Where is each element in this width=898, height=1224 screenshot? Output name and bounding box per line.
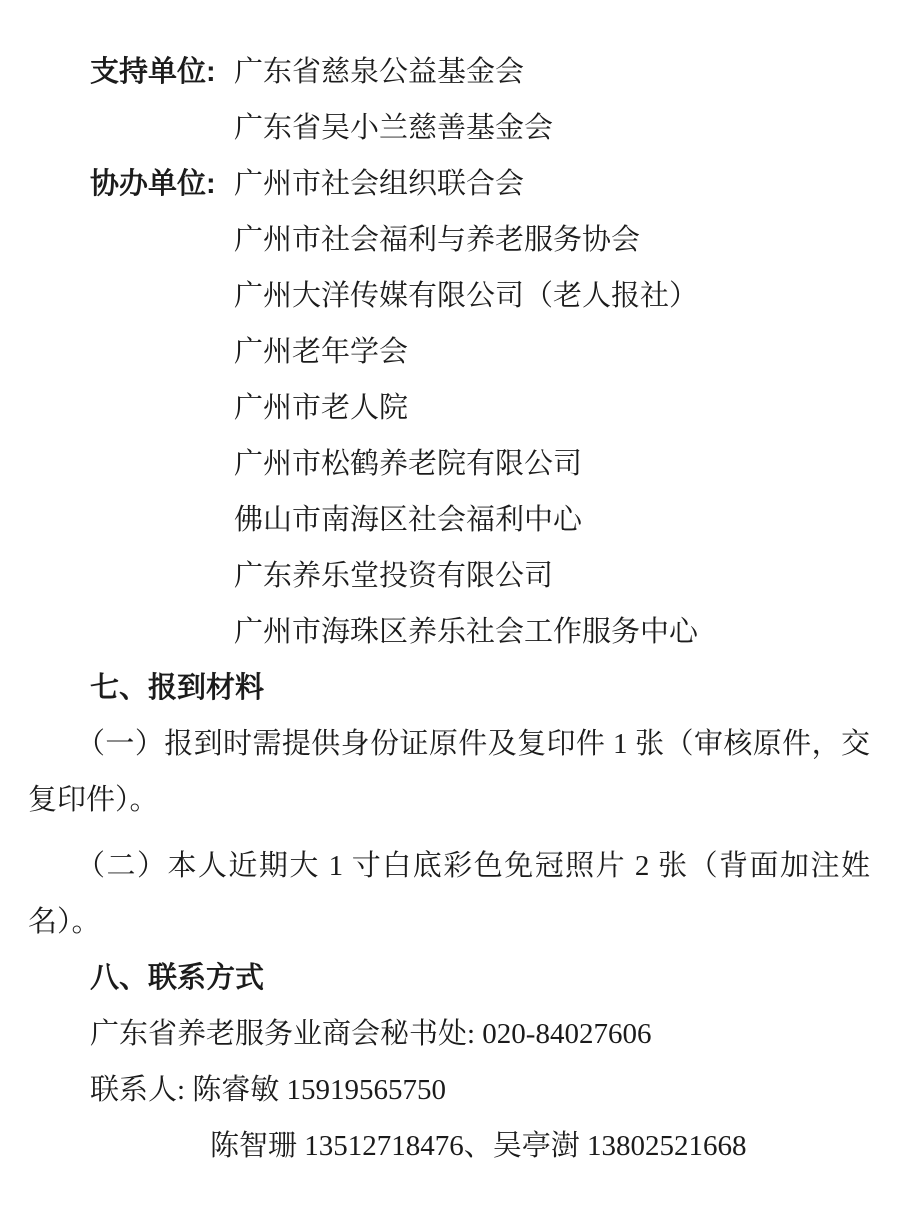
supporting-units-block: 支持单位: 广东省慈泉公益基金会 广东省吴小兰慈善基金会 — [28, 44, 870, 156]
co-organizing-unit-item: 广州市老人院 — [234, 380, 870, 436]
co-organizing-unit-item: 广州大洋传媒有限公司（老人报社） — [234, 268, 870, 324]
co-organizing-unit-item: 广州市社会福利与养老服务协会 — [234, 212, 870, 268]
secretariat-phone-line: 广东省养老服务业商会秘书处: 020-84027606 — [28, 1006, 870, 1062]
co-organizing-unit-item: 广州市松鹤养老院有限公司 — [234, 436, 870, 492]
supporting-unit-item: 广东省慈泉公益基金会 — [234, 44, 870, 100]
materials-paragraph-1: （一）报到时需提供身份证原件及复印件 1 张（审核原件，交复印件）。 — [28, 716, 870, 828]
co-organizing-unit-item: 佛山市南海区社会福利中心 — [234, 492, 870, 548]
co-organizing-unit-item: 广州老年学会 — [234, 324, 870, 380]
document-page: 支持单位: 广东省慈泉公益基金会 广东省吴小兰慈善基金会 协办单位: 广州市社会… — [0, 0, 898, 1224]
contact-person-line-1: 联系人: 陈睿敏 15919565750 — [28, 1062, 870, 1118]
materials-paragraph-2: （二）本人近期大 1 寸白底彩色免冠照片 2 张（背面加注姓名）。 — [28, 838, 870, 950]
co-organizing-units-label: 协办单位: — [90, 156, 234, 212]
section-heading-materials: 七、报到材料 — [28, 660, 870, 716]
supporting-units-label: 支持单位: — [90, 44, 234, 100]
supporting-unit-item: 广东省吴小兰慈善基金会 — [234, 100, 870, 156]
co-organizing-unit-item: 广州市社会组织联合会 — [234, 156, 870, 212]
contact-person-line-2: 陈智珊 13512718476、吴亭澍 13802521668 — [28, 1118, 870, 1174]
section-heading-contact: 八、联系方式 — [28, 950, 870, 1006]
co-organizing-unit-item: 广东养乐堂投资有限公司 — [234, 548, 870, 604]
co-organizing-units-list: 广州市社会组织联合会 广州市社会福利与养老服务协会 广州大洋传媒有限公司（老人报… — [234, 156, 870, 660]
co-organizing-unit-item: 广州市海珠区养乐社会工作服务中心 — [234, 604, 870, 660]
co-organizing-units-block: 协办单位: 广州市社会组织联合会 广州市社会福利与养老服务协会 广州大洋传媒有限… — [28, 156, 870, 660]
supporting-units-list: 广东省慈泉公益基金会 广东省吴小兰慈善基金会 — [234, 44, 870, 156]
